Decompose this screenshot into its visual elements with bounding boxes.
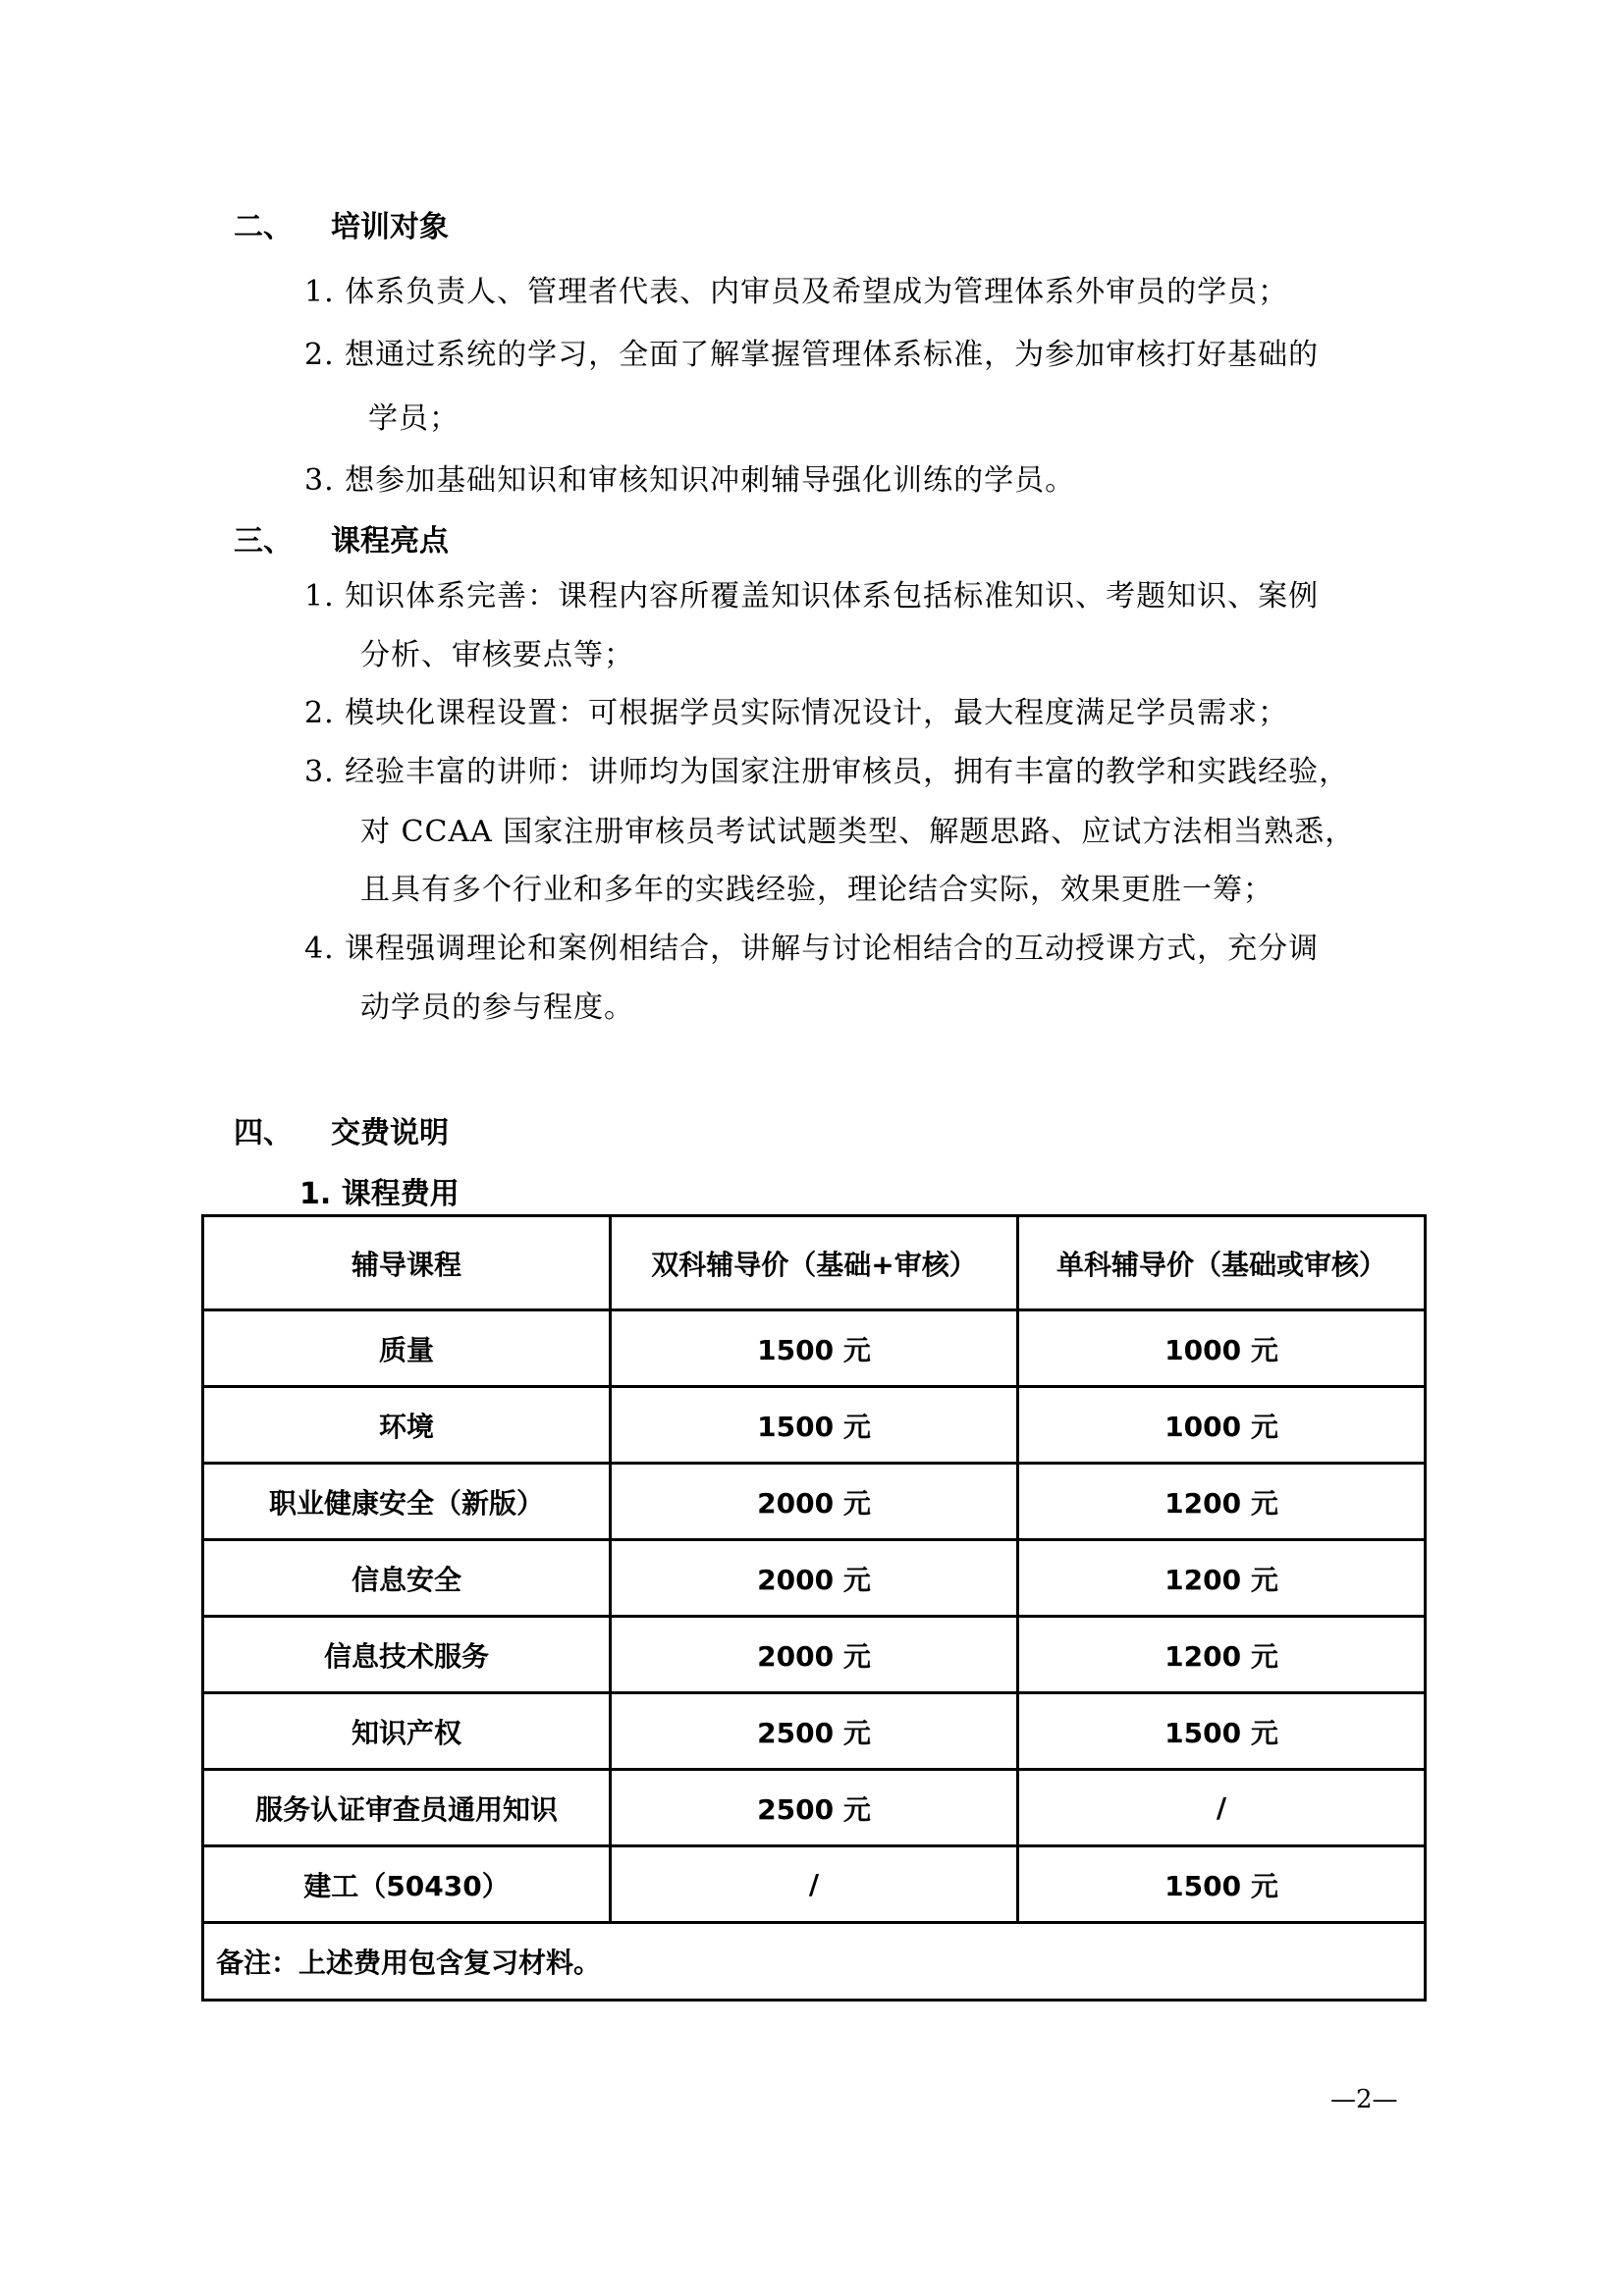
list-item: 3. 想参加基础知识和审核知识冲刺辅导强化训练的学员。 [304,461,1075,501]
cell-single-price: 1200 元 [1018,1540,1426,1617]
cell-single-price: 1500 元 [1018,1693,1426,1770]
table-row: 信息技术服务 2000 元 1200 元 [203,1617,1426,1693]
cell-dual-price: 1500 元 [611,1310,1018,1387]
cell-course: 职业健康安全（新版） [203,1464,611,1540]
list-item-continuation: 且具有多个行业和多年的实践经验，理论结合实际，效果更胜一筹； [360,871,1273,910]
list-item: 2. 想通过系统的学习，全面了解掌握管理体系标准，为参加审核打好基础的 [304,336,1319,375]
cell-dual-price: / [611,1846,1018,1923]
cell-dual-price: 2000 元 [611,1540,1018,1617]
table-note: 备注：上述费用包含复习材料。 [203,1923,1426,2001]
cell-course: 信息技术服务 [203,1617,611,1693]
cell-single-price: 1200 元 [1018,1464,1426,1540]
cell-dual-price: 2500 元 [611,1693,1018,1770]
cell-course: 服务认证审查员通用知识 [203,1770,611,1846]
section-number: 二、 [234,208,293,247]
cell-dual-price: 2000 元 [611,1617,1018,1693]
section-title: 课程亮点 [331,522,449,561]
table-row: 服务认证审查员通用知识 2500 元 / [203,1770,1426,1846]
list-item-continuation: 学员； [368,400,460,439]
section-number: 三、 [234,522,293,561]
cell-dual-price: 2500 元 [611,1770,1018,1846]
page-number: —2— [1330,2085,1398,2114]
table-header-row: 辅导课程 双科辅导价（基础+审核） 单科辅导价（基础或审核） [203,1216,1426,1310]
fee-table: 辅导课程 双科辅导价（基础+审核） 单科辅导价（基础或审核） 质量 1500 元… [201,1214,1427,2002]
cell-course: 建工（50430） [203,1846,611,1923]
table-row: 知识产权 2500 元 1500 元 [203,1693,1426,1770]
section-title: 交费说明 [331,1114,449,1153]
cell-dual-price: 1500 元 [611,1387,1018,1464]
subheading-course-fees: 1. 课程费用 [299,1175,460,1214]
column-header-dual-price: 双科辅导价（基础+审核） [611,1216,1018,1310]
cell-single-price: / [1018,1770,1426,1846]
cell-single-price: 1200 元 [1018,1617,1426,1693]
cell-course: 信息安全 [203,1540,611,1617]
table-row: 质量 1500 元 1000 元 [203,1310,1426,1387]
list-item-continuation: 动学员的参与程度。 [360,988,634,1028]
table-row: 建工（50430） / 1500 元 [203,1846,1426,1923]
cell-dual-price: 2000 元 [611,1464,1018,1540]
table-row: 信息安全 2000 元 1200 元 [203,1540,1426,1617]
section-title: 培训对象 [331,208,449,247]
list-item: 1. 知识体系完善：课程内容所覆盖知识体系包括标准知识、考题知识、案例 [304,577,1319,616]
list-item: 2. 模块化课程设置：可根据学员实际情况设计，最大程度满足学员需求； [304,694,1288,733]
cell-course: 环境 [203,1387,611,1464]
list-item: 4. 课程强调理论和案例相结合，讲解与讨论相结合的互动授课方式，充分调 [304,930,1319,969]
table-row: 环境 1500 元 1000 元 [203,1387,1426,1464]
cell-single-price: 1000 元 [1018,1310,1426,1387]
table-row: 职业健康安全（新版） 2000 元 1200 元 [203,1464,1426,1540]
list-item-continuation: 对 CCAA 国家注册审核员考试试题类型、解题思路、应试方法相当熟悉， [360,813,1355,852]
cell-single-price: 1000 元 [1018,1387,1426,1464]
column-header-single-price: 单科辅导价（基础或审核） [1018,1216,1426,1310]
cell-course: 知识产权 [203,1693,611,1770]
list-item: 3. 经验丰富的讲师：讲师均为国家注册审核员，拥有丰富的教学和实践经验， [304,753,1349,792]
table-note-row: 备注：上述费用包含复习材料。 [203,1923,1426,2001]
column-header-course: 辅导课程 [203,1216,611,1310]
cell-course: 质量 [203,1310,611,1387]
cell-single-price: 1500 元 [1018,1846,1426,1923]
section-number: 四、 [234,1114,293,1153]
list-item: 1. 体系负责人、管理者代表、内审员及希望成为管理体系外审员的学员； [304,273,1288,312]
list-item-continuation: 分析、审核要点等； [360,636,634,675]
